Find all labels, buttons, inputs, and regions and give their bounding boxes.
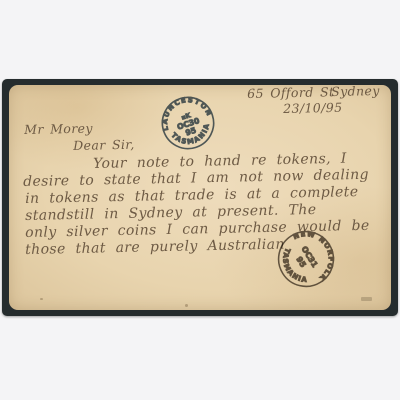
address-city: Sydney — [331, 85, 380, 99]
paper-speck — [185, 304, 188, 307]
paper-speck — [40, 298, 43, 300]
postcard-mount: 65 Offord St Sydney 23/10/95 Mr Morey De… — [2, 79, 398, 316]
postmark-year: 95 — [184, 126, 197, 138]
recipient-name: Mr Morey — [24, 121, 93, 137]
salutation: Dear Sir, — [73, 137, 135, 153]
postmark-launceston: LAUNCESTON TASMANIA ▪K OC30 95 — [151, 86, 224, 159]
letter-date: 23/10/95 — [283, 100, 343, 116]
address-street: 65 Offord St — [247, 85, 335, 101]
printer-corner-mark — [361, 297, 372, 301]
postcard: 65 Offord St Sydney 23/10/95 Mr Morey De… — [9, 85, 391, 310]
